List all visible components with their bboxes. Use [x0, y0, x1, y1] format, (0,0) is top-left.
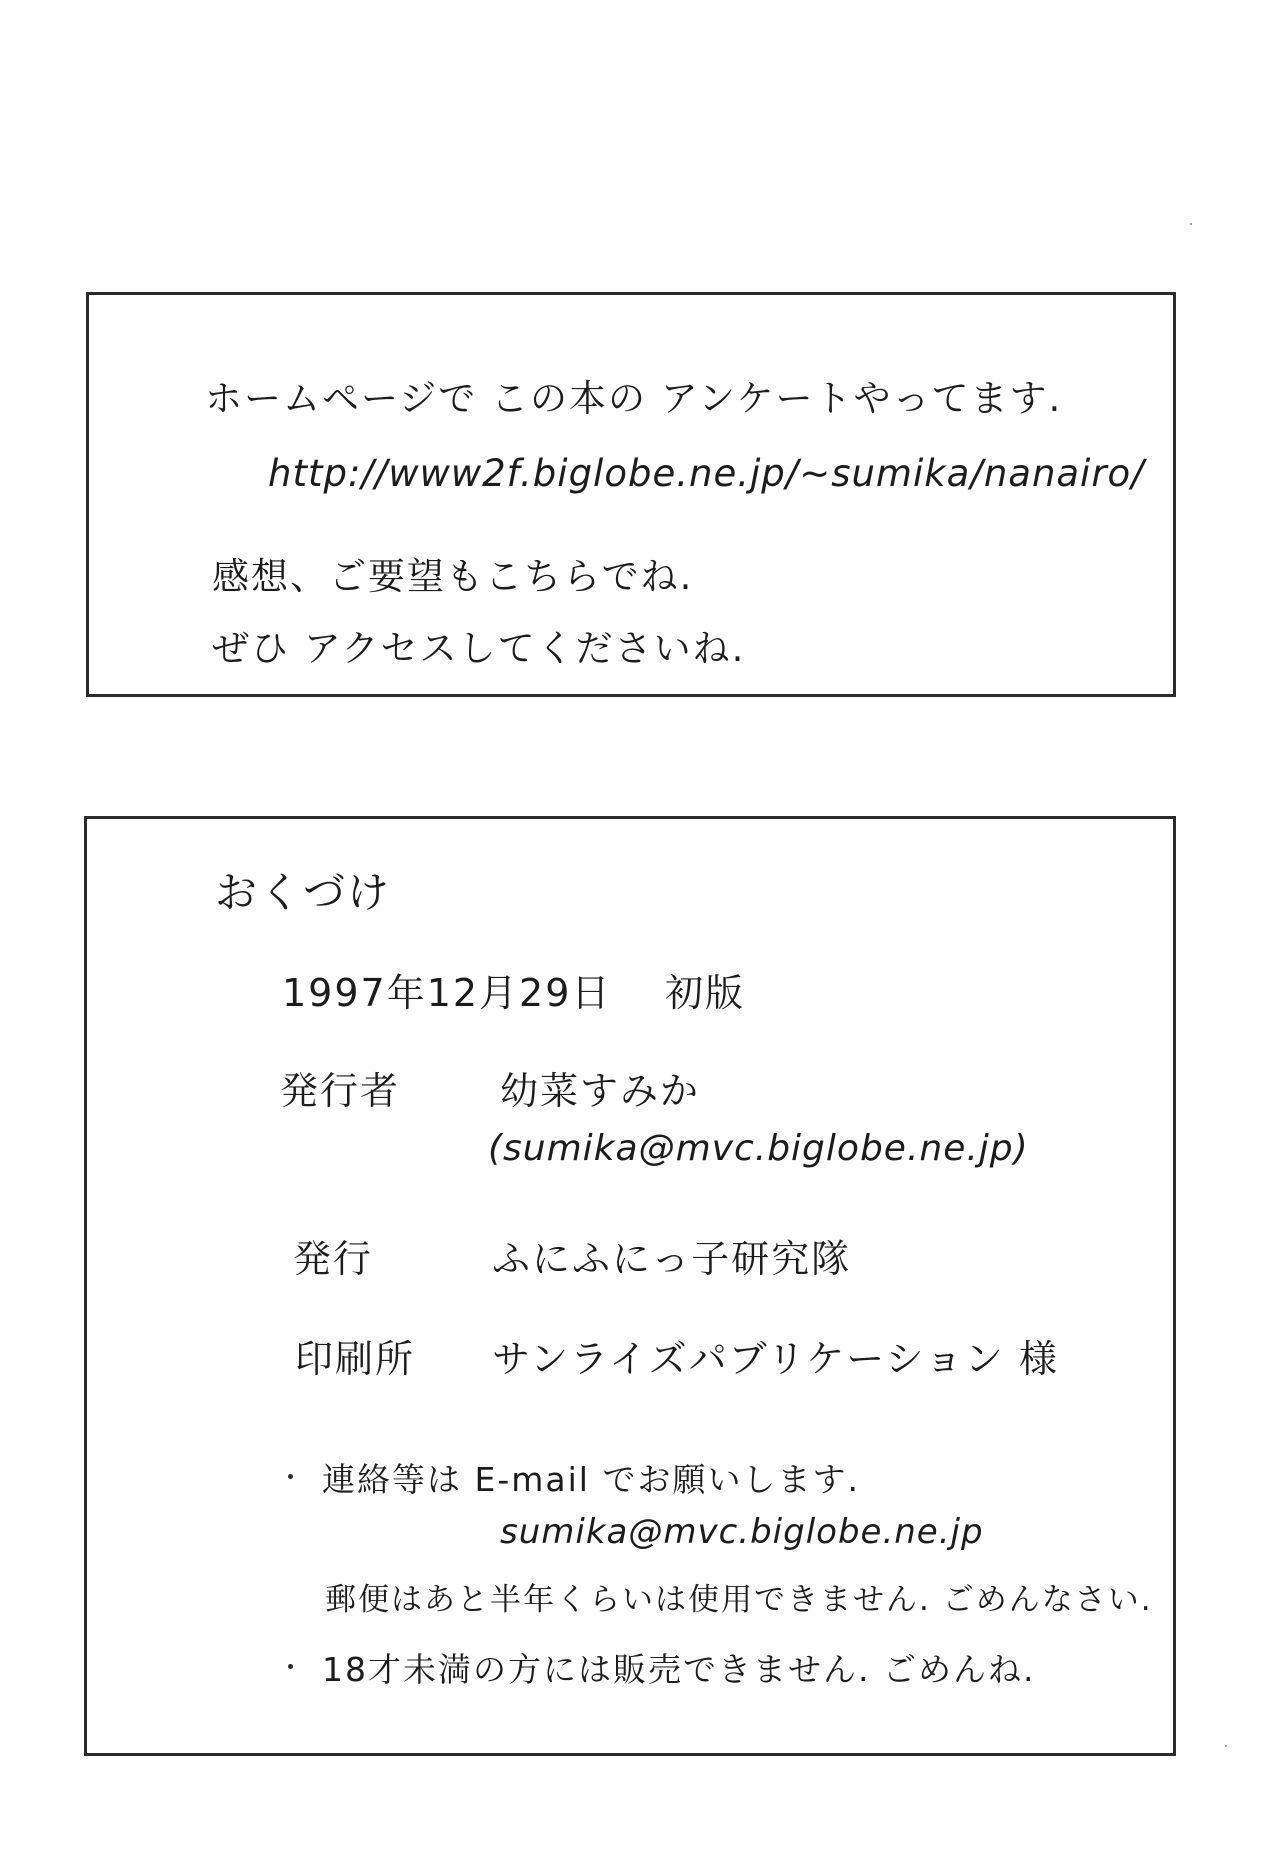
access-request-text: ぜひ アクセスしてくださいね. — [212, 618, 745, 672]
issuer-label: 発行 — [293, 1228, 373, 1283]
colophon-title: おくづけ — [215, 860, 391, 920]
contact-email[interactable]: sumika@mvc.biglobe.ne.jp — [500, 1512, 984, 1552]
homepage-url[interactable]: http://www2f.biglobe.ne.jp/~sumika/nanai… — [268, 452, 1145, 495]
contact-note: 連絡等は E-mail でお願いします. — [322, 1454, 860, 1501]
publisher-name: 幼菜すみか — [500, 1060, 700, 1115]
publication-date: 1997年12月29日 — [282, 962, 611, 1017]
feedback-text: 感想、ご要望もこちらでね. — [212, 546, 693, 600]
homepage-survey-text: ホームページで この本の アンケートやってます. — [205, 368, 1062, 422]
age-restriction-note: 18才未満の方には販売できません. ごめんね. — [322, 1644, 1035, 1691]
printer-name: サンライズパブリケーション 様 — [492, 1328, 1059, 1383]
paper-speck — [1225, 1745, 1227, 1747]
bullet-icon — [288, 1664, 293, 1669]
postal-note: 郵便はあと半年くらいは使用できません. ごめんなさい. — [325, 1574, 1153, 1619]
publisher-label: 発行者 — [280, 1060, 400, 1115]
bullet-icon — [288, 1474, 293, 1479]
issuer-name: ふにふにっ子研究隊 — [492, 1228, 851, 1283]
publisher-email[interactable]: (sumika@mvc.biglobe.ne.jp) — [488, 1128, 1029, 1169]
paper-speck — [1190, 223, 1192, 225]
printer-label: 印刷所 — [295, 1328, 415, 1383]
edition-label: 初版 — [665, 962, 745, 1017]
